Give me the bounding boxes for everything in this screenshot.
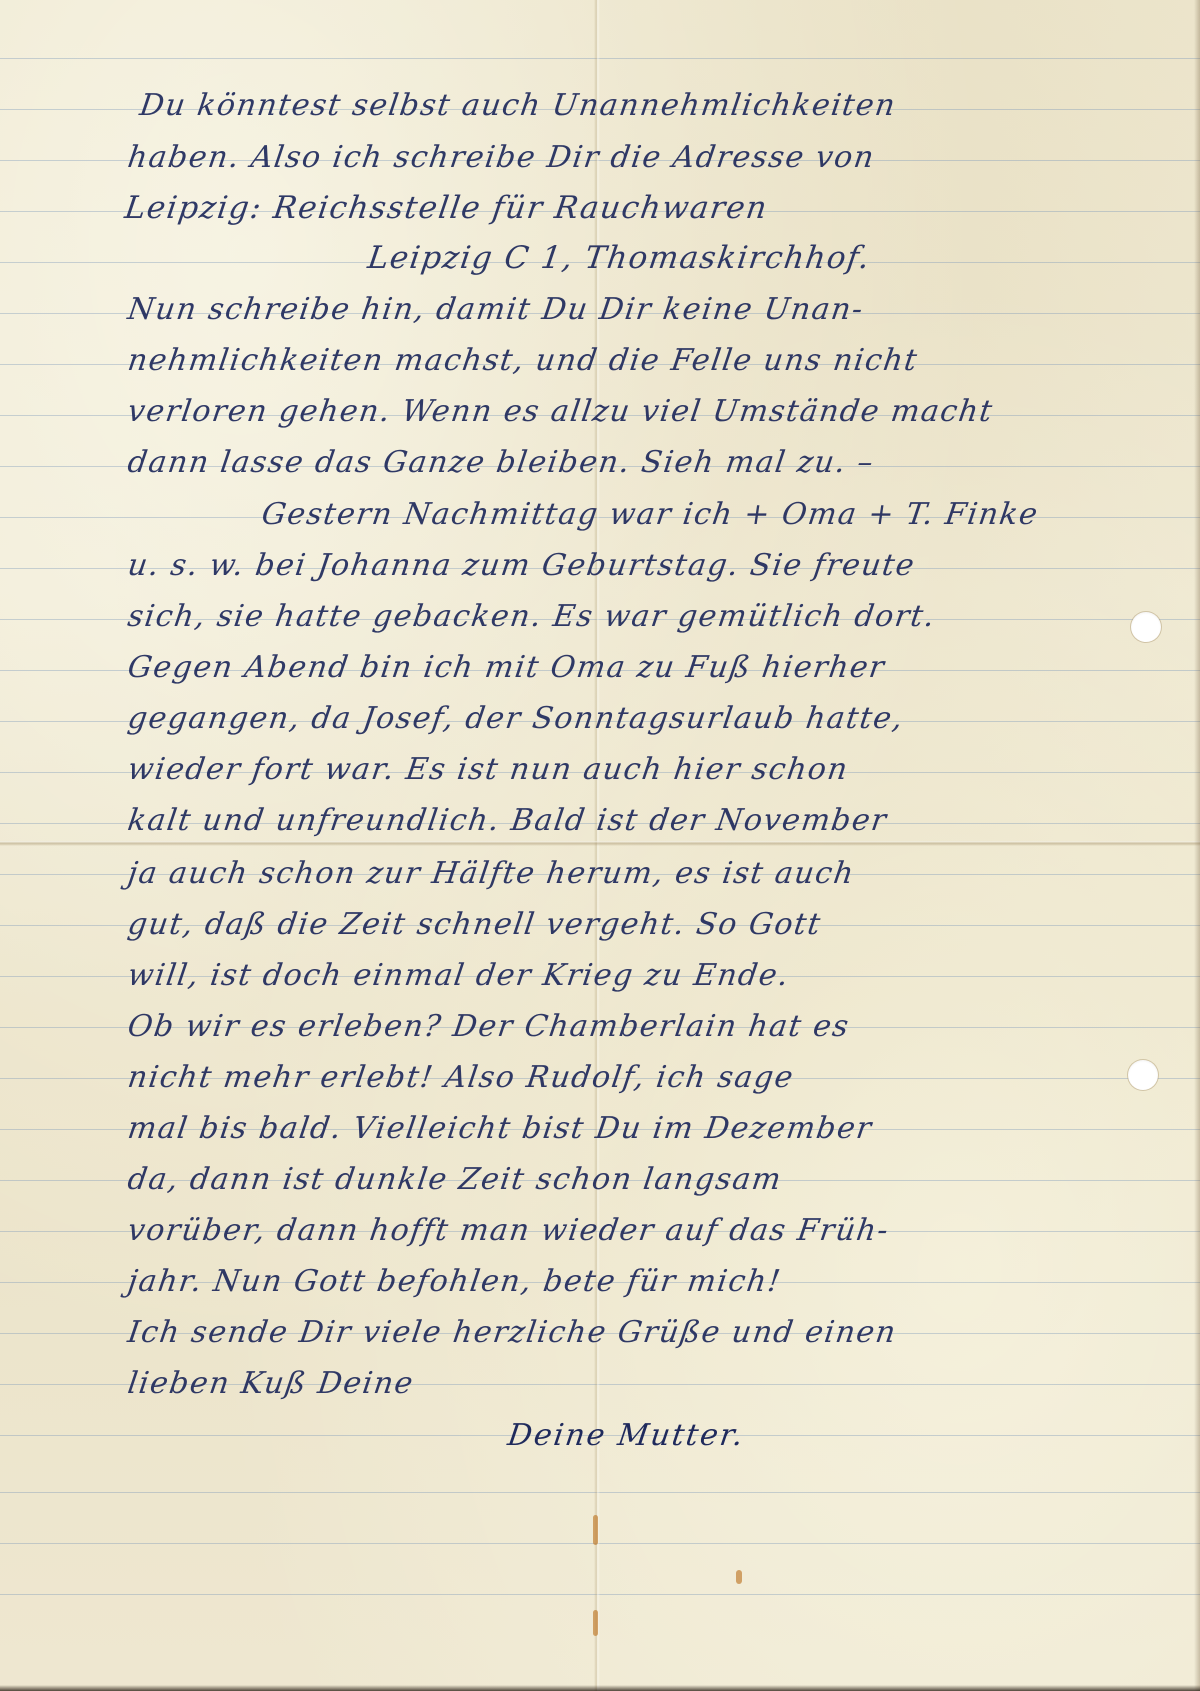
letter-line: Gegen Abend bin ich mit Oma zu Fuß hierh… [126,650,888,685]
letter-line: da, dann ist dunkle Zeit schon langsam [126,1162,785,1197]
letter-line: jahr. Nun Gott befohlen, bete für mich! [126,1264,784,1299]
letter-line: Ich sende Dir viele herzliche Grüße und … [126,1315,900,1350]
signature: Deine Mutter. [506,1418,747,1453]
letter-line: dann lasse das Ganze bleiben. Sieh mal z… [126,445,877,480]
letter-line: kalt und unfreundlich. Bald ist der Nove… [126,803,890,838]
letter-line: nehmlichkeiten machst, und die Felle uns… [126,343,921,378]
letter-line: gegangen, da Josef, der Sonntagsurlaub h… [126,701,907,736]
letter-line: wieder fort war. Es ist nun auch hier sc… [126,752,851,787]
letter-body: Du könntest selbst auch Unannehmlichkeit… [0,0,1200,1691]
letter-line: Du könntest selbst auch Unannehmlichkeit… [138,88,899,123]
letter-line: sich, sie hatte gebacken. Es war gemütli… [126,599,938,634]
letter-line: will, ist doch einmal der Krieg zu Ende. [126,958,792,993]
letter-line: mal bis bald. Vielleicht bist Du im Deze… [126,1111,875,1146]
letter-line: Gestern Nachmittag war ich + Oma + T. Fi… [260,497,1041,532]
letter-line: Nun schreibe hin, damit Du Dir keine Una… [126,292,867,327]
letter-line: vorüber, dann hofft man wieder auf das F… [126,1213,892,1248]
letter-line: u. s. w. bei Johanna zum Geburtstag. Sie… [126,548,918,583]
letter-line-address: Leipzig: Reichsstelle für Rauchwaren [122,190,770,226]
letter-line: Ob wir es erleben? Der Chamberlain hat e… [126,1009,852,1044]
letter-line: nicht mehr erlebt! Also Rudolf, ich sage [126,1060,797,1095]
letter-line: lieben Kuß Deine [126,1366,417,1401]
letter-page: Du könntest selbst auch Unannehmlichkeit… [0,0,1200,1691]
letter-line: gut, daß die Zeit schnell vergeht. So Go… [126,907,824,942]
letter-line-address: Leipzig C 1, Thomaskirchhof. [365,240,872,276]
letter-line: verloren gehen. Wenn es allzu viel Umstä… [126,394,996,429]
letter-line: ja auch schon zur Hälfte herum, es ist a… [126,856,857,891]
letter-line: haben. Also ich schreibe Dir die Adresse… [126,140,878,175]
